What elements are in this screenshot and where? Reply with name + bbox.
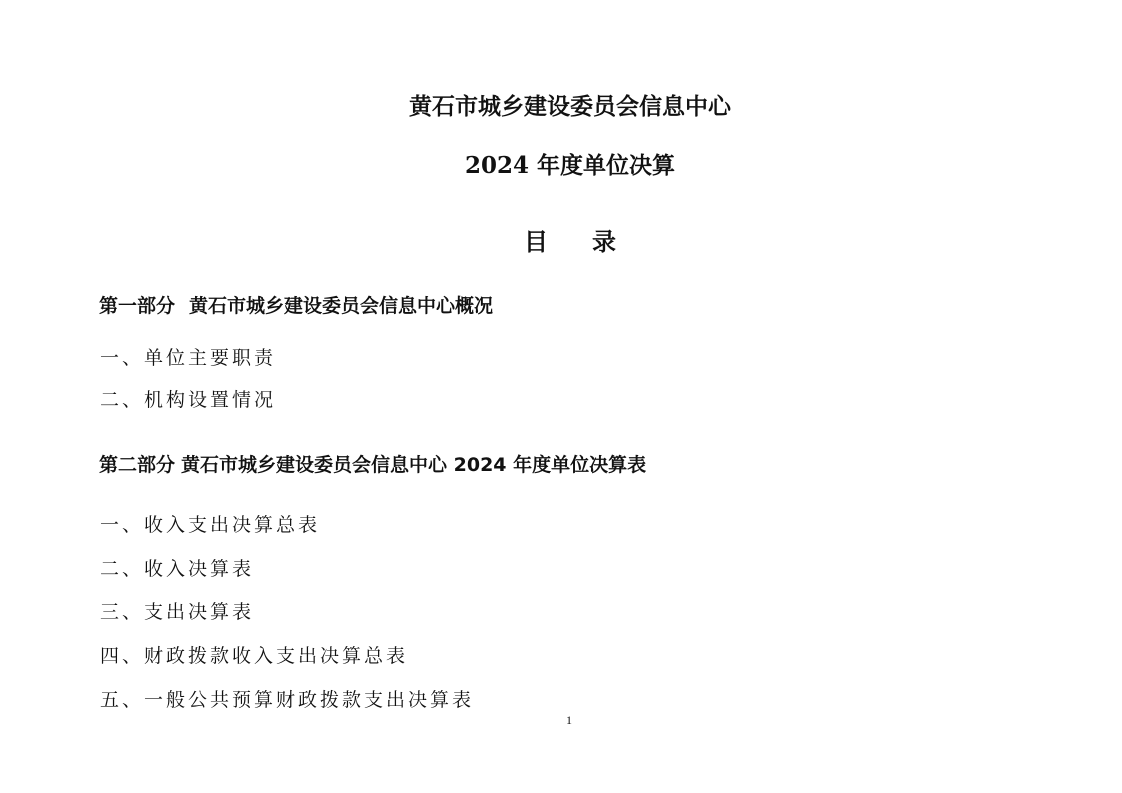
part-title: 黄石市城乡建设委员会信息中心 2024 年度单位决算表 (181, 454, 646, 476)
toc-item-label: 一般公共预算财政拨款支出决算表 (144, 689, 474, 711)
toc-item-label: 支出决算表 (144, 601, 254, 623)
toc-item[interactable]: 二、机构设置情况 (100, 385, 276, 412)
document-subtitle: 2024 年度单位决算 (0, 147, 1122, 180)
toc-item[interactable]: 三、支出决算表 (100, 597, 254, 624)
toc-item-label: 收入支出决算总表 (144, 514, 320, 536)
toc-heading-left: 目 (524, 227, 548, 256)
toc-item[interactable]: 一、单位主要职责 (100, 343, 276, 370)
part-label: 第一部分 (99, 295, 175, 317)
toc-item-number: 一、 (100, 510, 144, 537)
document-title: 黄石市城乡建设委员会信息中心 (0, 88, 1122, 121)
toc-heading: 目录 (0, 222, 1122, 257)
toc-part-1-heading[interactable]: 第一部分黄石市城乡建设委员会信息中心概况 (99, 291, 493, 318)
toc-item-number: 二、 (100, 554, 144, 581)
toc-item-number: 一、 (100, 343, 144, 370)
page-number: 1 (566, 713, 572, 728)
toc-item-label: 财政拨款收入支出决算总表 (144, 645, 408, 667)
toc-item-label: 收入决算表 (144, 558, 254, 580)
toc-part-2-heading[interactable]: 第二部分黄石市城乡建设委员会信息中心 2024 年度单位决算表 (99, 450, 646, 477)
part-label: 第二部分 (99, 454, 175, 476)
toc-item[interactable]: 五、一般公共预算财政拨款支出决算表 (100, 685, 474, 712)
toc-item-number: 五、 (100, 685, 144, 712)
toc-item-label: 单位主要职责 (144, 347, 276, 369)
toc-item-number: 四、 (100, 641, 144, 668)
toc-item[interactable]: 四、财政拨款收入支出决算总表 (100, 641, 408, 668)
toc-item-label: 机构设置情况 (144, 389, 276, 411)
toc-heading-right: 录 (592, 227, 616, 256)
toc-item[interactable]: 一、收入支出决算总表 (100, 510, 320, 537)
part-title: 黄石市城乡建设委员会信息中心概况 (189, 295, 493, 317)
toc-item-number: 二、 (100, 385, 144, 412)
toc-item[interactable]: 二、收入决算表 (100, 554, 254, 581)
toc-item-number: 三、 (100, 597, 144, 624)
